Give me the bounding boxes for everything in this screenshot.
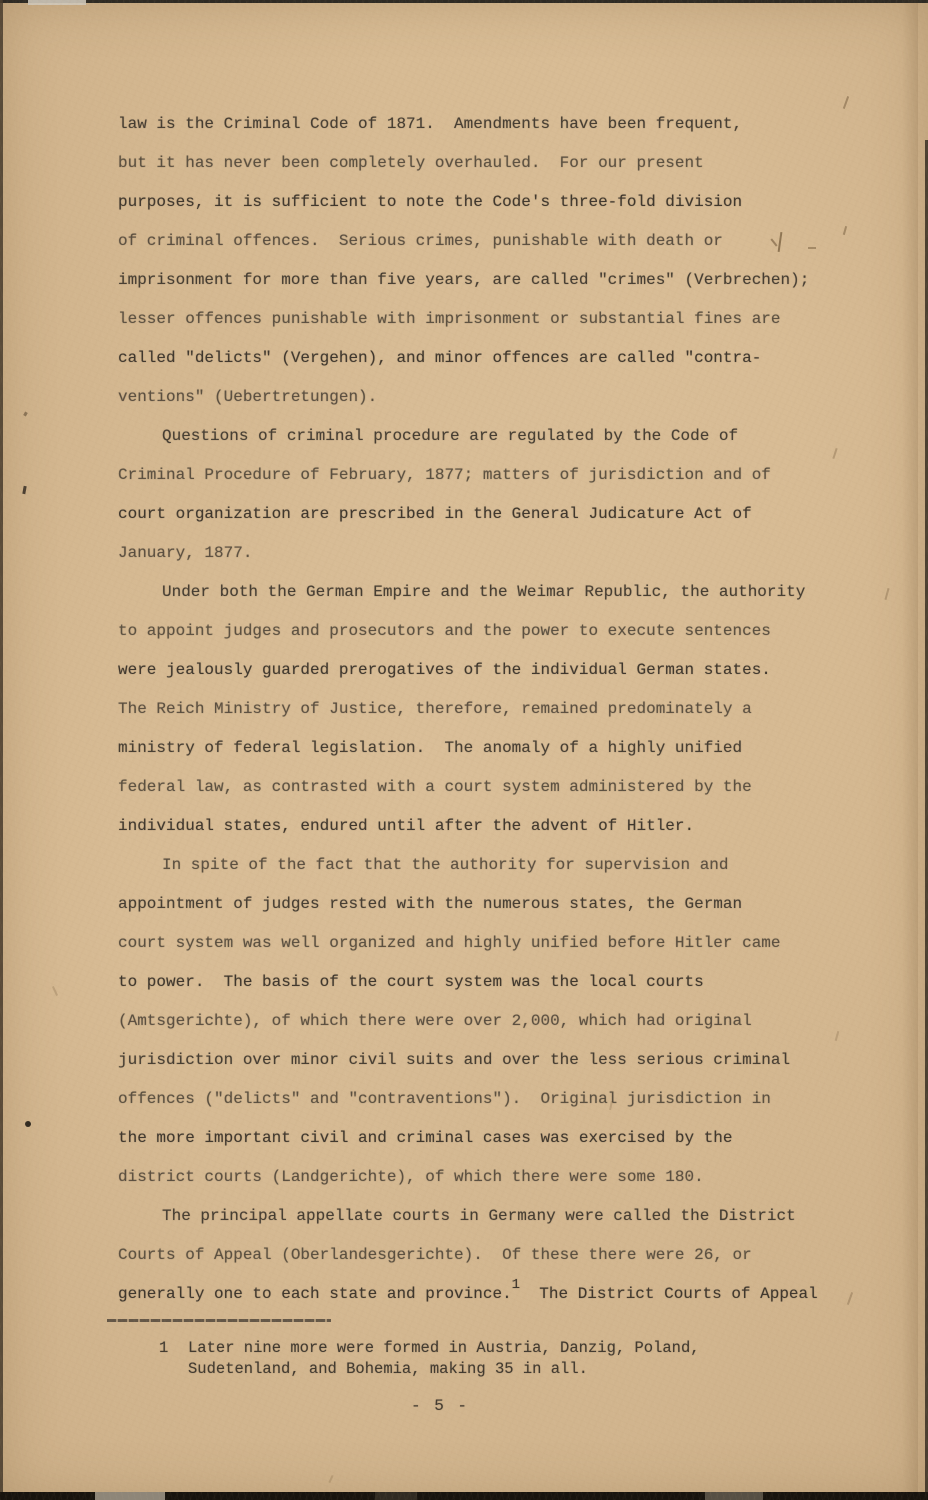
text-line-28: district courts (Landgerichte), of which…	[118, 1158, 842, 1197]
text-line-23: to power. The basis of the court system …	[118, 963, 842, 1002]
text-line-26: offences ("delicts" and "contraventions"…	[118, 1080, 842, 1119]
text-line-8: ventions" (Uebertretungen).	[118, 378, 842, 417]
paper-speck	[52, 986, 58, 996]
text-line-21: appointment of judges rested with the nu…	[118, 885, 842, 924]
text-line-3: purposes, it is sufficient to note the C…	[118, 183, 842, 222]
scan-edge-patch	[95, 1492, 165, 1500]
text-line-25: jurisdiction over minor civil suits and …	[118, 1041, 842, 1080]
text-line-2: but it has never been completely overhau…	[118, 144, 842, 183]
text-line-10: Criminal Procedure of February, 1877; ma…	[118, 456, 842, 495]
paper-speck	[843, 226, 847, 235]
footnote: 1 Later nine more were formed in Austria…	[159, 1338, 700, 1380]
footnote-separator-rule	[107, 1319, 331, 1322]
scan-edge-bottom	[0, 1492, 928, 1500]
paper-speck	[23, 412, 28, 417]
text-line-20: In spite of the fact that the authority …	[118, 846, 842, 885]
text-line-12: January, 1877.	[118, 534, 842, 573]
paper-speck	[25, 1121, 31, 1127]
text-line-15: were jealously guarded prerogatives of t…	[118, 651, 842, 690]
footnote-reference-1: 1	[512, 1266, 520, 1305]
text-line-1: law is the Criminal Code of 1871. Amendm…	[118, 105, 842, 144]
scan-edge-top	[0, 0, 928, 3]
typed-text-body: law is the Criminal Code of 1871. Amendm…	[118, 105, 842, 1314]
scan-edge-top-mark	[28, 0, 86, 5]
text-line-31: generally one to each state and province…	[118, 1275, 842, 1314]
text-line-27: the more important civil and criminal ca…	[118, 1119, 842, 1158]
text-line-22: court system was well organized and high…	[118, 924, 842, 963]
scan-edge-patch	[375, 1492, 417, 1500]
paper-speck	[843, 96, 849, 109]
text-line-19: individual states, endured until after t…	[118, 807, 842, 846]
paper-speck	[22, 486, 26, 494]
text-line-30: Courts of Appeal (Oberlandesgerichte). O…	[118, 1236, 842, 1275]
footnote-text: Later nine more were formed in Austria, …	[188, 1338, 700, 1380]
page-number: - 5 -	[411, 1396, 469, 1416]
footnote-line-2: Sudetenland, and Bohemia, making 35 in a…	[188, 1359, 700, 1380]
scan-edge-patch	[705, 1492, 763, 1500]
text-line-13: Under both the German Empire and the Wei…	[118, 573, 842, 612]
line-31-pre: generally one to each state and province…	[118, 1285, 512, 1303]
text-line-11: court organization are prescribed in the…	[118, 495, 842, 534]
paper-crease-shadow	[902, 0, 918, 1500]
text-line-5: imprisonment for more than five years, a…	[118, 261, 842, 300]
text-line-18: federal law, as contrasted with a court …	[118, 768, 842, 807]
text-line-9: Questions of criminal procedure are regu…	[118, 417, 842, 456]
footnote-line-1: Later nine more were formed in Austria, …	[188, 1338, 700, 1359]
line-31-post: The District Courts of Appeal	[520, 1285, 818, 1303]
text-line-6: lesser offences punishable with imprison…	[118, 300, 842, 339]
scanned-page: law is the Criminal Code of 1871. Amendm…	[0, 0, 928, 1500]
text-line-4: of criminal offences. Serious crimes, pu…	[118, 222, 842, 261]
text-line-29: The principal appellate courts in German…	[118, 1197, 842, 1236]
paper-speck	[847, 1292, 853, 1305]
footnote-marker: 1	[159, 1338, 188, 1380]
scan-edge-left	[0, 0, 3, 1500]
text-line-7: called "delicts" (Vergehen), and minor o…	[118, 339, 842, 378]
text-line-17: ministry of federal legislation. The ano…	[118, 729, 842, 768]
paper-speck	[884, 588, 889, 600]
text-line-16: The Reich Ministry of Justice, therefore…	[118, 690, 842, 729]
paper-speck	[808, 247, 816, 249]
paper-speck	[328, 1475, 333, 1483]
text-line-14: to appoint judges and prosecutors and th…	[118, 612, 842, 651]
text-line-24: (Amtsgerichte), of which there were over…	[118, 1002, 842, 1041]
